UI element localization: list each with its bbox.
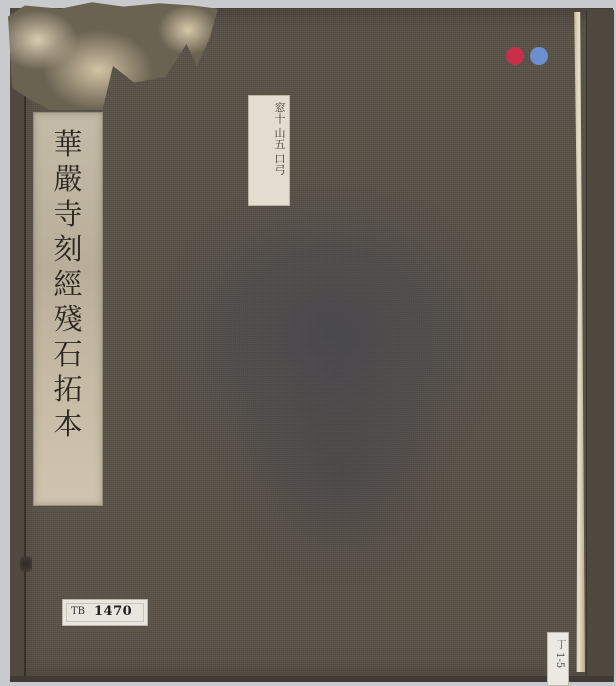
title-char: 石 (53, 337, 82, 372)
tb-label-number: 1470 (94, 604, 132, 619)
tb-label-prefix: TB (71, 606, 85, 617)
title-char: 寺 (53, 197, 82, 232)
red-dot-icon (506, 47, 524, 65)
bottom-edge (10, 676, 613, 682)
title-char: 刻 (53, 232, 82, 267)
call-number-slip: 窓十 山五 口弓 (248, 95, 290, 206)
title-char: 本 (53, 407, 82, 442)
title-char: 經 (53, 267, 82, 302)
blue-dot-icon (530, 47, 548, 65)
title-slip: 華 嚴 寺 刻 經 殘 石 拓 本 (33, 112, 103, 506)
shelf-mark-slip: 丁 1-5 (547, 632, 569, 686)
clasp-mark (20, 556, 32, 572)
right-cover-edge (586, 10, 614, 682)
spine-edge (10, 8, 24, 682)
title-char: 拓 (53, 372, 82, 407)
title-char: 殘 (53, 302, 82, 337)
spine-binding-line (24, 8, 26, 682)
title-char: 嚴 (53, 162, 82, 197)
title-char: 華 (53, 127, 82, 162)
tb-catalog-label: TB 1470 (62, 599, 148, 626)
